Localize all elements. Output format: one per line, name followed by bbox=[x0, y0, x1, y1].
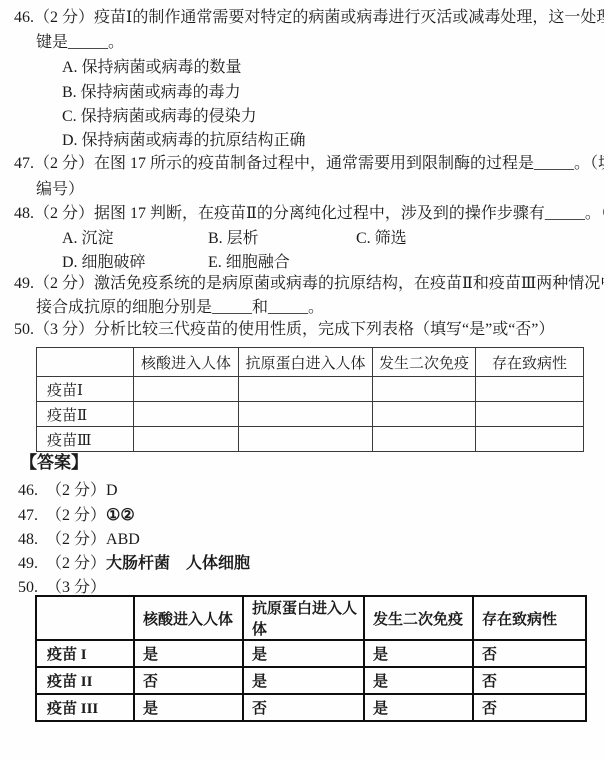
row-label: 疫苗 II bbox=[36, 667, 134, 694]
blank-table-row-vaccine-3: 疫苗Ⅲ bbox=[37, 427, 584, 452]
empty-cell bbox=[373, 377, 476, 402]
blank-table-header-pathogenicity: 存在致病性 bbox=[476, 348, 584, 377]
exam-document-page: 46.（2 分）疫苗Ⅰ的制作通常需要对特定的病菌或病毒进行灭活或减毒处理，这一处… bbox=[0, 0, 604, 760]
empty-cell bbox=[476, 402, 584, 427]
value-cell: 是 bbox=[364, 667, 473, 694]
row-label: 疫苗 III bbox=[36, 694, 134, 721]
answer-table-header-nucleic-acid: 核酸进入人体 bbox=[134, 596, 243, 640]
empty-cell bbox=[134, 427, 239, 452]
answer-value: ABD bbox=[106, 531, 140, 548]
answer-value: ①② bbox=[106, 507, 135, 524]
question-47-line1: 47.（2 分）在图 17 所示的疫苗制备过程中，通常需要用到限制酶的过程是__… bbox=[14, 151, 604, 176]
question-48-option-a: A. 沉淀 bbox=[62, 226, 208, 251]
question-49-line1: 49.（2 分）激活免疫系统的是病原菌或病毒的抗原结构，在疫苗Ⅱ和疫苗Ⅲ两种情况… bbox=[14, 271, 604, 296]
row-label: 疫苗 I bbox=[36, 640, 134, 667]
question-47-line2: 编号） bbox=[36, 177, 84, 202]
question-46-option-d: D. 保持病菌或病毒的抗原结构正确 bbox=[62, 128, 306, 153]
answer-value: D bbox=[106, 482, 118, 499]
row-label: 疫苗Ⅰ bbox=[37, 377, 134, 402]
value-cell: 是 bbox=[134, 640, 243, 667]
answer-number: 46. bbox=[18, 478, 46, 503]
value-cell: 是 bbox=[134, 694, 243, 721]
empty-cell bbox=[239, 402, 373, 427]
answer-table-row-vaccine-1: 疫苗 I 是 是 是 否 bbox=[36, 640, 586, 667]
value-cell: 是 bbox=[243, 640, 364, 667]
value-cell: 是 bbox=[364, 640, 473, 667]
answer-48: 48.（2 分）ABD bbox=[18, 527, 140, 552]
value-cell: 否 bbox=[473, 694, 586, 721]
answer-49: 49.（2 分）大肠杆菌 人体细胞 bbox=[18, 551, 250, 576]
blank-table-header-secondary-immunity: 发生二次免疫 bbox=[373, 348, 476, 377]
answer-table-header-antigen-protein: 抗原蛋白进入人体 bbox=[243, 596, 364, 640]
answer-score: （3 分） bbox=[46, 579, 106, 596]
answer-number: 48. bbox=[18, 527, 46, 552]
answer-value: 大肠杆菌 人体细胞 bbox=[106, 555, 250, 572]
empty-cell bbox=[476, 427, 584, 452]
value-cell: 否 bbox=[134, 667, 243, 694]
answer-table-header-pathogenicity: 存在致病性 bbox=[473, 596, 586, 640]
row-label: 疫苗Ⅲ bbox=[37, 427, 134, 452]
empty-cell bbox=[134, 402, 239, 427]
blank-table-row-vaccine-2: 疫苗Ⅱ bbox=[37, 402, 584, 427]
empty-cell bbox=[134, 377, 239, 402]
question-46-line2: 键是_____。 bbox=[36, 30, 124, 55]
answer-score: （2 分） bbox=[46, 507, 106, 524]
value-cell: 是 bbox=[364, 694, 473, 721]
empty-cell bbox=[239, 377, 373, 402]
blank-table-header-row: 核酸进入人体 抗原蛋白进入人体 发生二次免疫 存在致病性 bbox=[37, 348, 584, 377]
question-48-line1: 48.（2 分）据图 17 判断，在疫苗Ⅱ的分离纯化过程中，涉及到的操作步骤有_… bbox=[14, 201, 604, 226]
value-cell: 否 bbox=[243, 694, 364, 721]
row-label: 疫苗Ⅱ bbox=[37, 402, 134, 427]
blank-table-row-vaccine-1: 疫苗Ⅰ bbox=[37, 377, 584, 402]
question-48-option-b: B. 层析 bbox=[208, 226, 356, 251]
answer-score: （2 分） bbox=[46, 482, 106, 499]
question-48-option-c: C. 筛选 bbox=[356, 230, 407, 247]
empty-cell bbox=[476, 377, 584, 402]
question-46-option-c: C. 保持病菌或病毒的侵染力 bbox=[62, 104, 257, 129]
answer-number: 47. bbox=[18, 503, 46, 528]
question-48-option-e: E. 细胞融合 bbox=[208, 254, 290, 271]
answer-table-header-secondary-immunity: 发生二次免疫 bbox=[364, 596, 473, 640]
answer-46: 46.（2 分）D bbox=[18, 478, 118, 503]
answer-score: （2 分） bbox=[46, 555, 106, 572]
vaccine-properties-blank-table: 核酸进入人体 抗原蛋白进入人体 发生二次免疫 存在致病性 疫苗Ⅰ 疫苗Ⅱ 疫苗Ⅲ bbox=[36, 347, 584, 452]
answer-47: 47.（2 分）①② bbox=[18, 503, 135, 528]
question-46-line1: 46.（2 分）疫苗Ⅰ的制作通常需要对特定的病菌或病毒进行灭活或减毒处理，这一处… bbox=[14, 5, 604, 30]
empty-cell bbox=[239, 427, 373, 452]
blank-table-corner-cell bbox=[37, 348, 134, 377]
answer-table-row-vaccine-3: 疫苗 III 是 否 是 否 bbox=[36, 694, 586, 721]
question-46-option-a: A. 保持病菌或病毒的数量 bbox=[62, 55, 242, 80]
empty-cell bbox=[373, 427, 476, 452]
blank-table-header-antigen-protein: 抗原蛋白进入人体 bbox=[239, 348, 373, 377]
answers-section-header: 【答案】 bbox=[20, 450, 88, 475]
value-cell: 否 bbox=[473, 667, 586, 694]
answer-table-corner-cell bbox=[36, 596, 134, 640]
question-46-option-b: B. 保持病菌或病毒的毒力 bbox=[62, 80, 241, 105]
vaccine-properties-answer-table: 核酸进入人体 抗原蛋白进入人体 发生二次免疫 存在致病性 疫苗 I 是 是 是 … bbox=[35, 595, 587, 722]
value-cell: 否 bbox=[473, 640, 586, 667]
answer-number: 49. bbox=[18, 551, 46, 576]
answer-table-header-row: 核酸进入人体 抗原蛋白进入人体 发生二次免疫 存在致病性 bbox=[36, 596, 586, 640]
value-cell: 是 bbox=[243, 667, 364, 694]
question-48-options-row1: A. 沉淀B. 层析C. 筛选 bbox=[62, 226, 407, 251]
question-50-line1: 50.（3 分）分析比较三代疫苗的使用性质，完成下列表格（填写“是”或“否”） bbox=[14, 317, 554, 342]
blank-table-header-nucleic-acid: 核酸进入人体 bbox=[134, 348, 239, 377]
answer-score: （2 分） bbox=[46, 531, 106, 548]
empty-cell bbox=[373, 402, 476, 427]
answer-table-row-vaccine-2: 疫苗 II 否 是 是 否 bbox=[36, 667, 586, 694]
